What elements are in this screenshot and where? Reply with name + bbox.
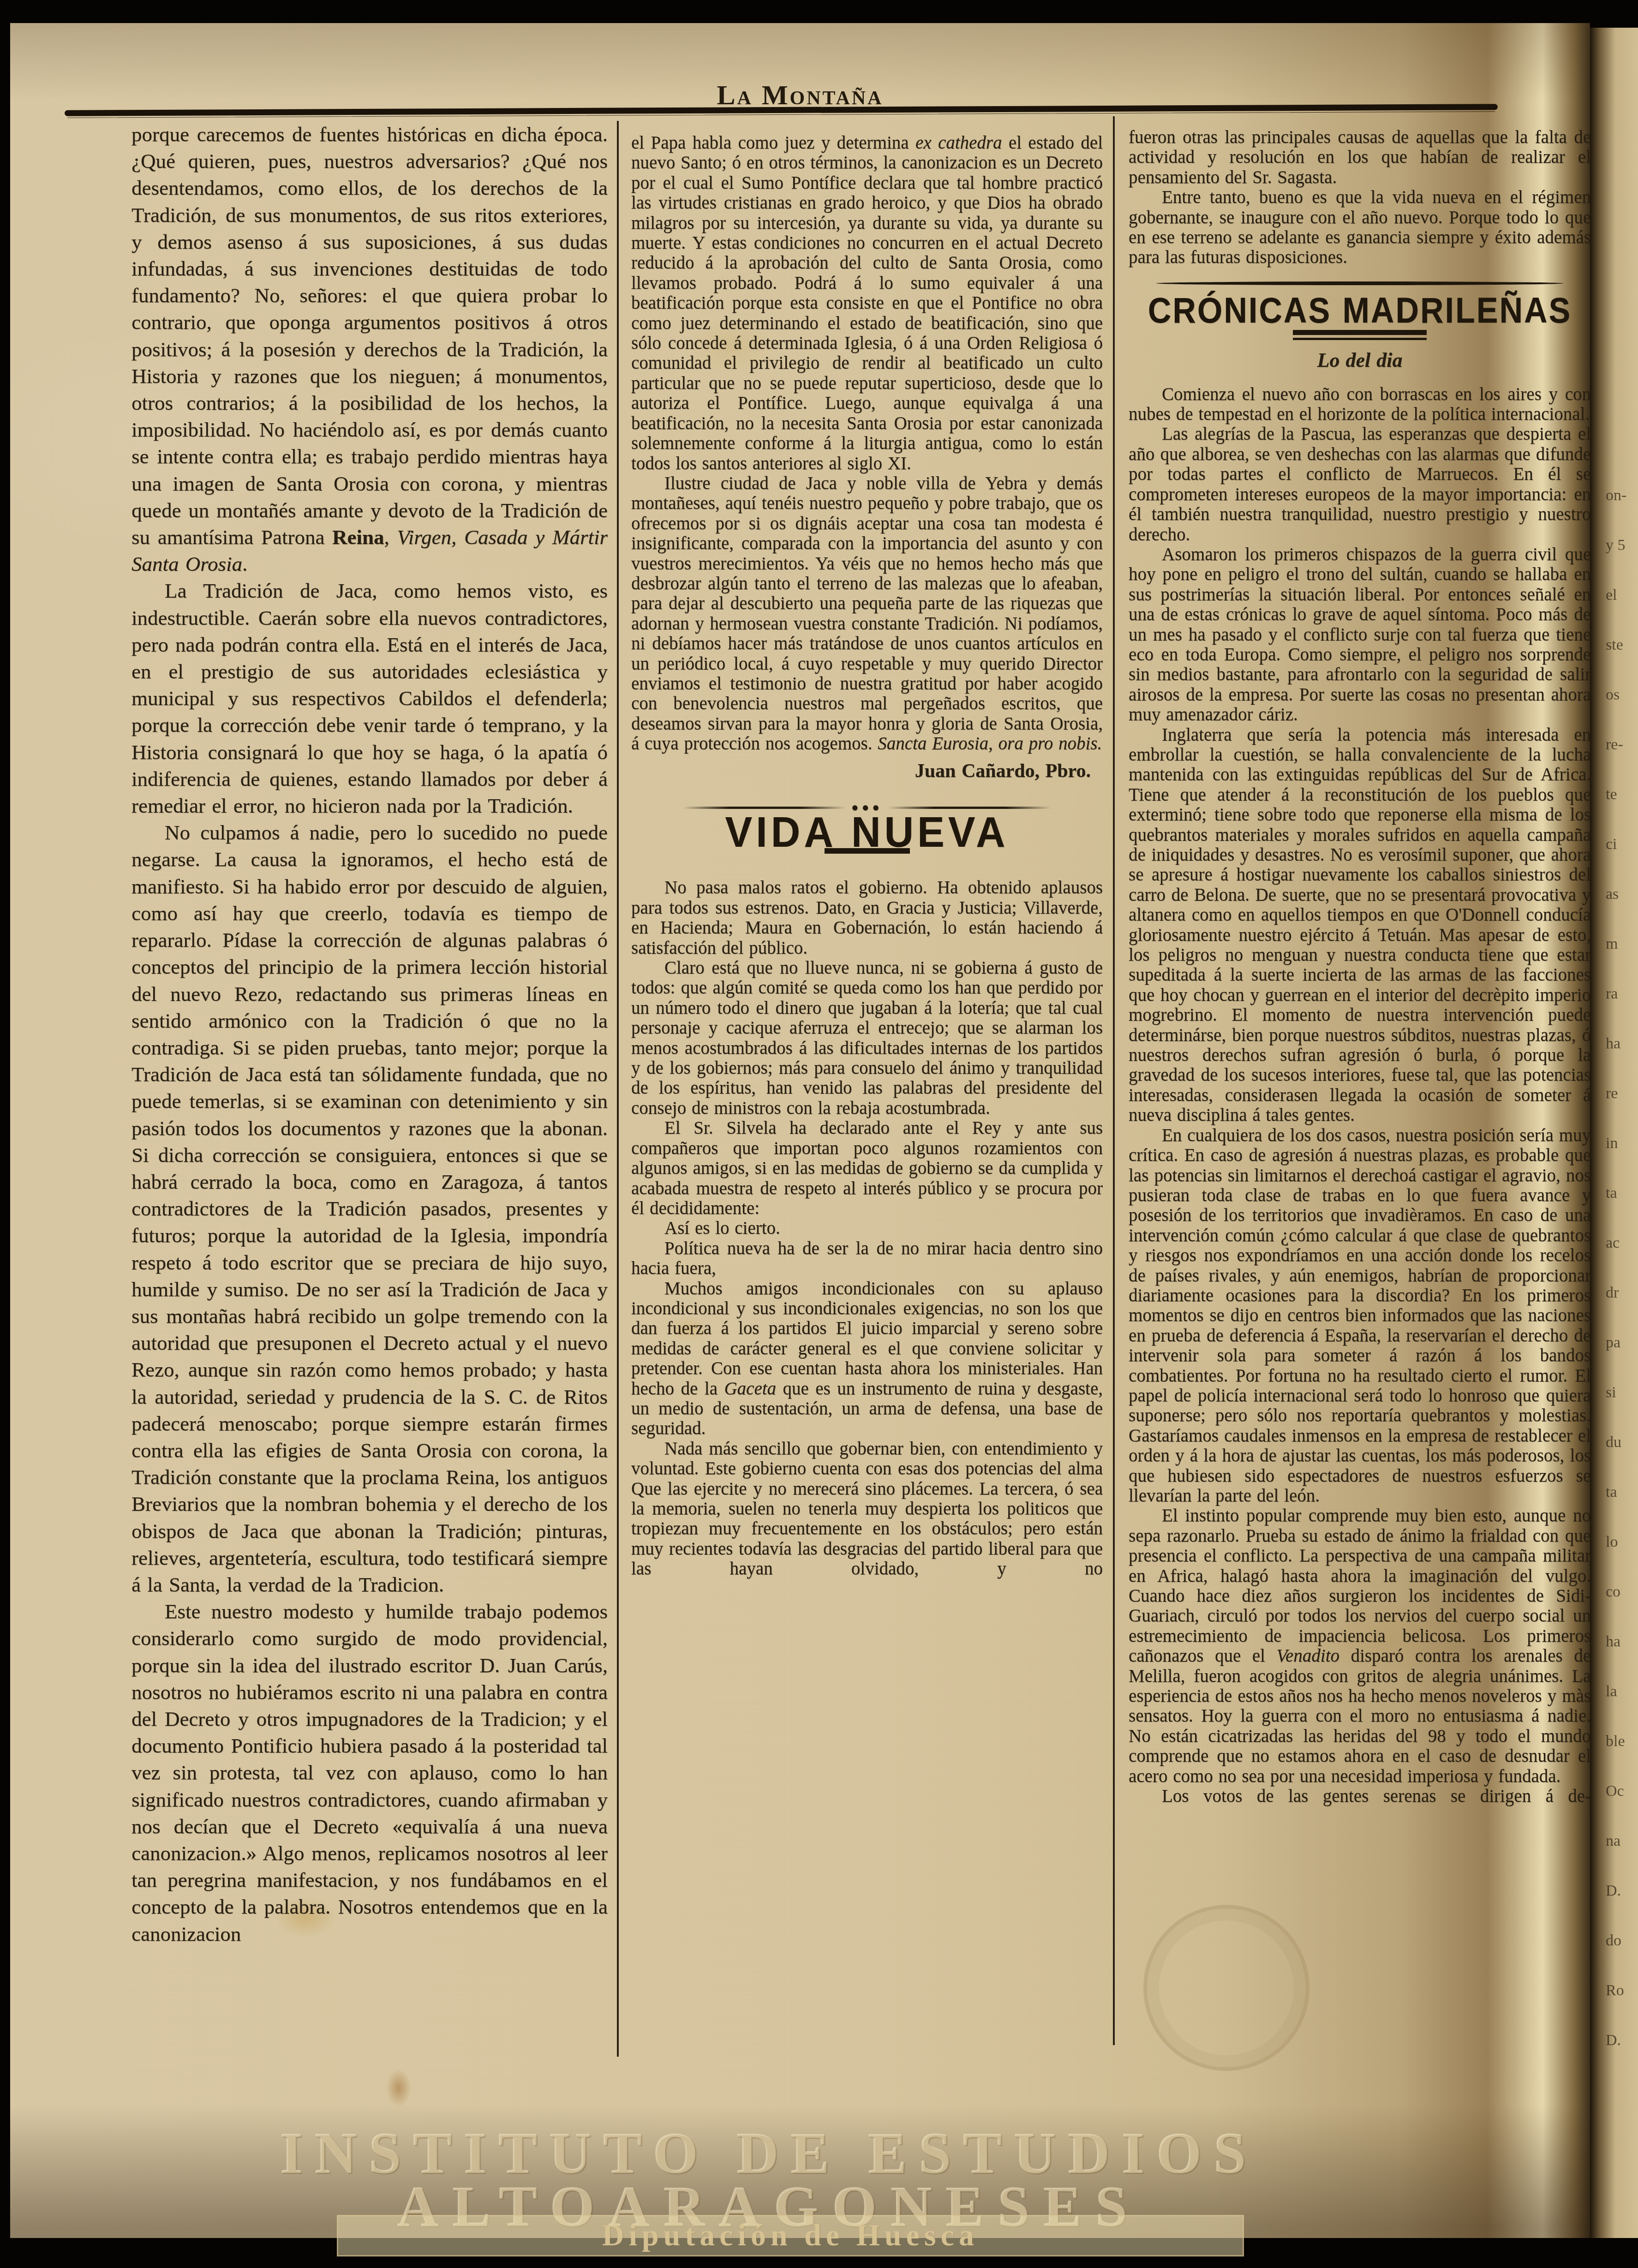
column-divider-2 bbox=[1113, 116, 1115, 2045]
paragraph: Los votos de las gentes serenas se dirig… bbox=[1129, 1786, 1591, 1806]
paragraph: porque carecemos de fuentes históricas e… bbox=[132, 121, 608, 577]
article-signature: Juan Cañardo, Pbro. bbox=[631, 761, 1103, 781]
column-1: porque carecemos de fuentes históricas e… bbox=[132, 121, 608, 2105]
column-divider-1 bbox=[617, 121, 619, 2057]
paragraph: Ilustre ciudad de Jaca y noble villa de … bbox=[631, 473, 1103, 754]
paragraph: No pasa malos ratos el gobierno. Ha obte… bbox=[631, 878, 1103, 958]
watermark-box: Diputación de Huesca bbox=[337, 2215, 1244, 2256]
paragraph: fueron otras las principales causas de a… bbox=[1129, 127, 1591, 187]
page-edge-fragments: on- y 5 el ste os re- te ci as m ra ha r… bbox=[1606, 471, 1626, 2065]
paragraph: En cualquiera de los dos casos, nuestra … bbox=[1129, 1125, 1591, 1506]
cronicas-underline bbox=[1293, 330, 1427, 340]
paragraph: No culpamos á nadie, pero lo sucedido no… bbox=[132, 819, 608, 1598]
adjacent-page-edge: on- y 5 el ste os re- te ci as m ra ha r… bbox=[1590, 28, 1638, 2238]
paragraph: Nada más sencillo que gobernar bien, con… bbox=[631, 1439, 1103, 1579]
paragraph: Comienza el nuevo año con borrascas en l… bbox=[1129, 384, 1591, 425]
cronicas-divider-rule bbox=[1156, 281, 1563, 285]
paragraph: Claro está que no llueve nunca, ni se go… bbox=[631, 958, 1103, 1118]
vida-nueva-title: VIDA NUEVA bbox=[631, 821, 1103, 843]
paragraph: El instinto popular comprende muy bien e… bbox=[1129, 1506, 1591, 1786]
column-3: fueron otras las principales causas de a… bbox=[1129, 127, 1591, 2063]
article-tradicion-col2-text: el Papa habla como juez y determina ex c… bbox=[631, 133, 1103, 754]
cronicas-text: Comienza el nuevo año con borrascas en l… bbox=[1129, 384, 1591, 1807]
vida-nueva-col3-text: fueron otras las principales causas de a… bbox=[1129, 127, 1591, 268]
cronicas-subtitle: Lo del dia bbox=[1129, 350, 1591, 370]
paragraph: La Tradición de Jaca, como hemos visto, … bbox=[132, 577, 608, 819]
paragraph: Las alegrías de la Pascua, las esperanza… bbox=[1129, 424, 1591, 544]
embossed-seal-icon bbox=[1143, 1905, 1309, 2071]
paragraph: El Sr. Silvela ha declarado ante el Rey … bbox=[631, 1118, 1103, 1218]
paragraph: Muchos amigos incondicionales con su apl… bbox=[631, 1279, 1103, 1439]
paragraph: Así es lo cierto. bbox=[631, 1218, 1103, 1238]
paragraph: el Papa habla como juez y determina ex c… bbox=[631, 133, 1103, 473]
paragraph: Política nueva ha de ser la de no mirar … bbox=[631, 1239, 1103, 1279]
cronicas-title: CRÓNICAS MADRILEÑAS bbox=[1129, 300, 1591, 322]
vida-nueva-col2-text: No pasa malos ratos el gobierno. Ha obte… bbox=[631, 878, 1103, 1579]
paragraph: Inglaterra que sería la potencia más int… bbox=[1129, 725, 1591, 1125]
paragraph: Entre tanto, bueno es que la vida nueva … bbox=[1129, 187, 1591, 268]
paragraph: Este nuestro modesto y humilde trabajo p… bbox=[132, 1598, 608, 1947]
scanned-newspaper-photo: La Montaña porque carecemos de fuentes h… bbox=[0, 0, 1638, 2268]
column-2: el Papa habla como juez y determina ex c… bbox=[631, 133, 1103, 2057]
article-tradicion-col1-text: porque carecemos de fuentes históricas e… bbox=[132, 121, 608, 1947]
paragraph: Asomaron los primeros chispazos de la gu… bbox=[1129, 545, 1591, 725]
